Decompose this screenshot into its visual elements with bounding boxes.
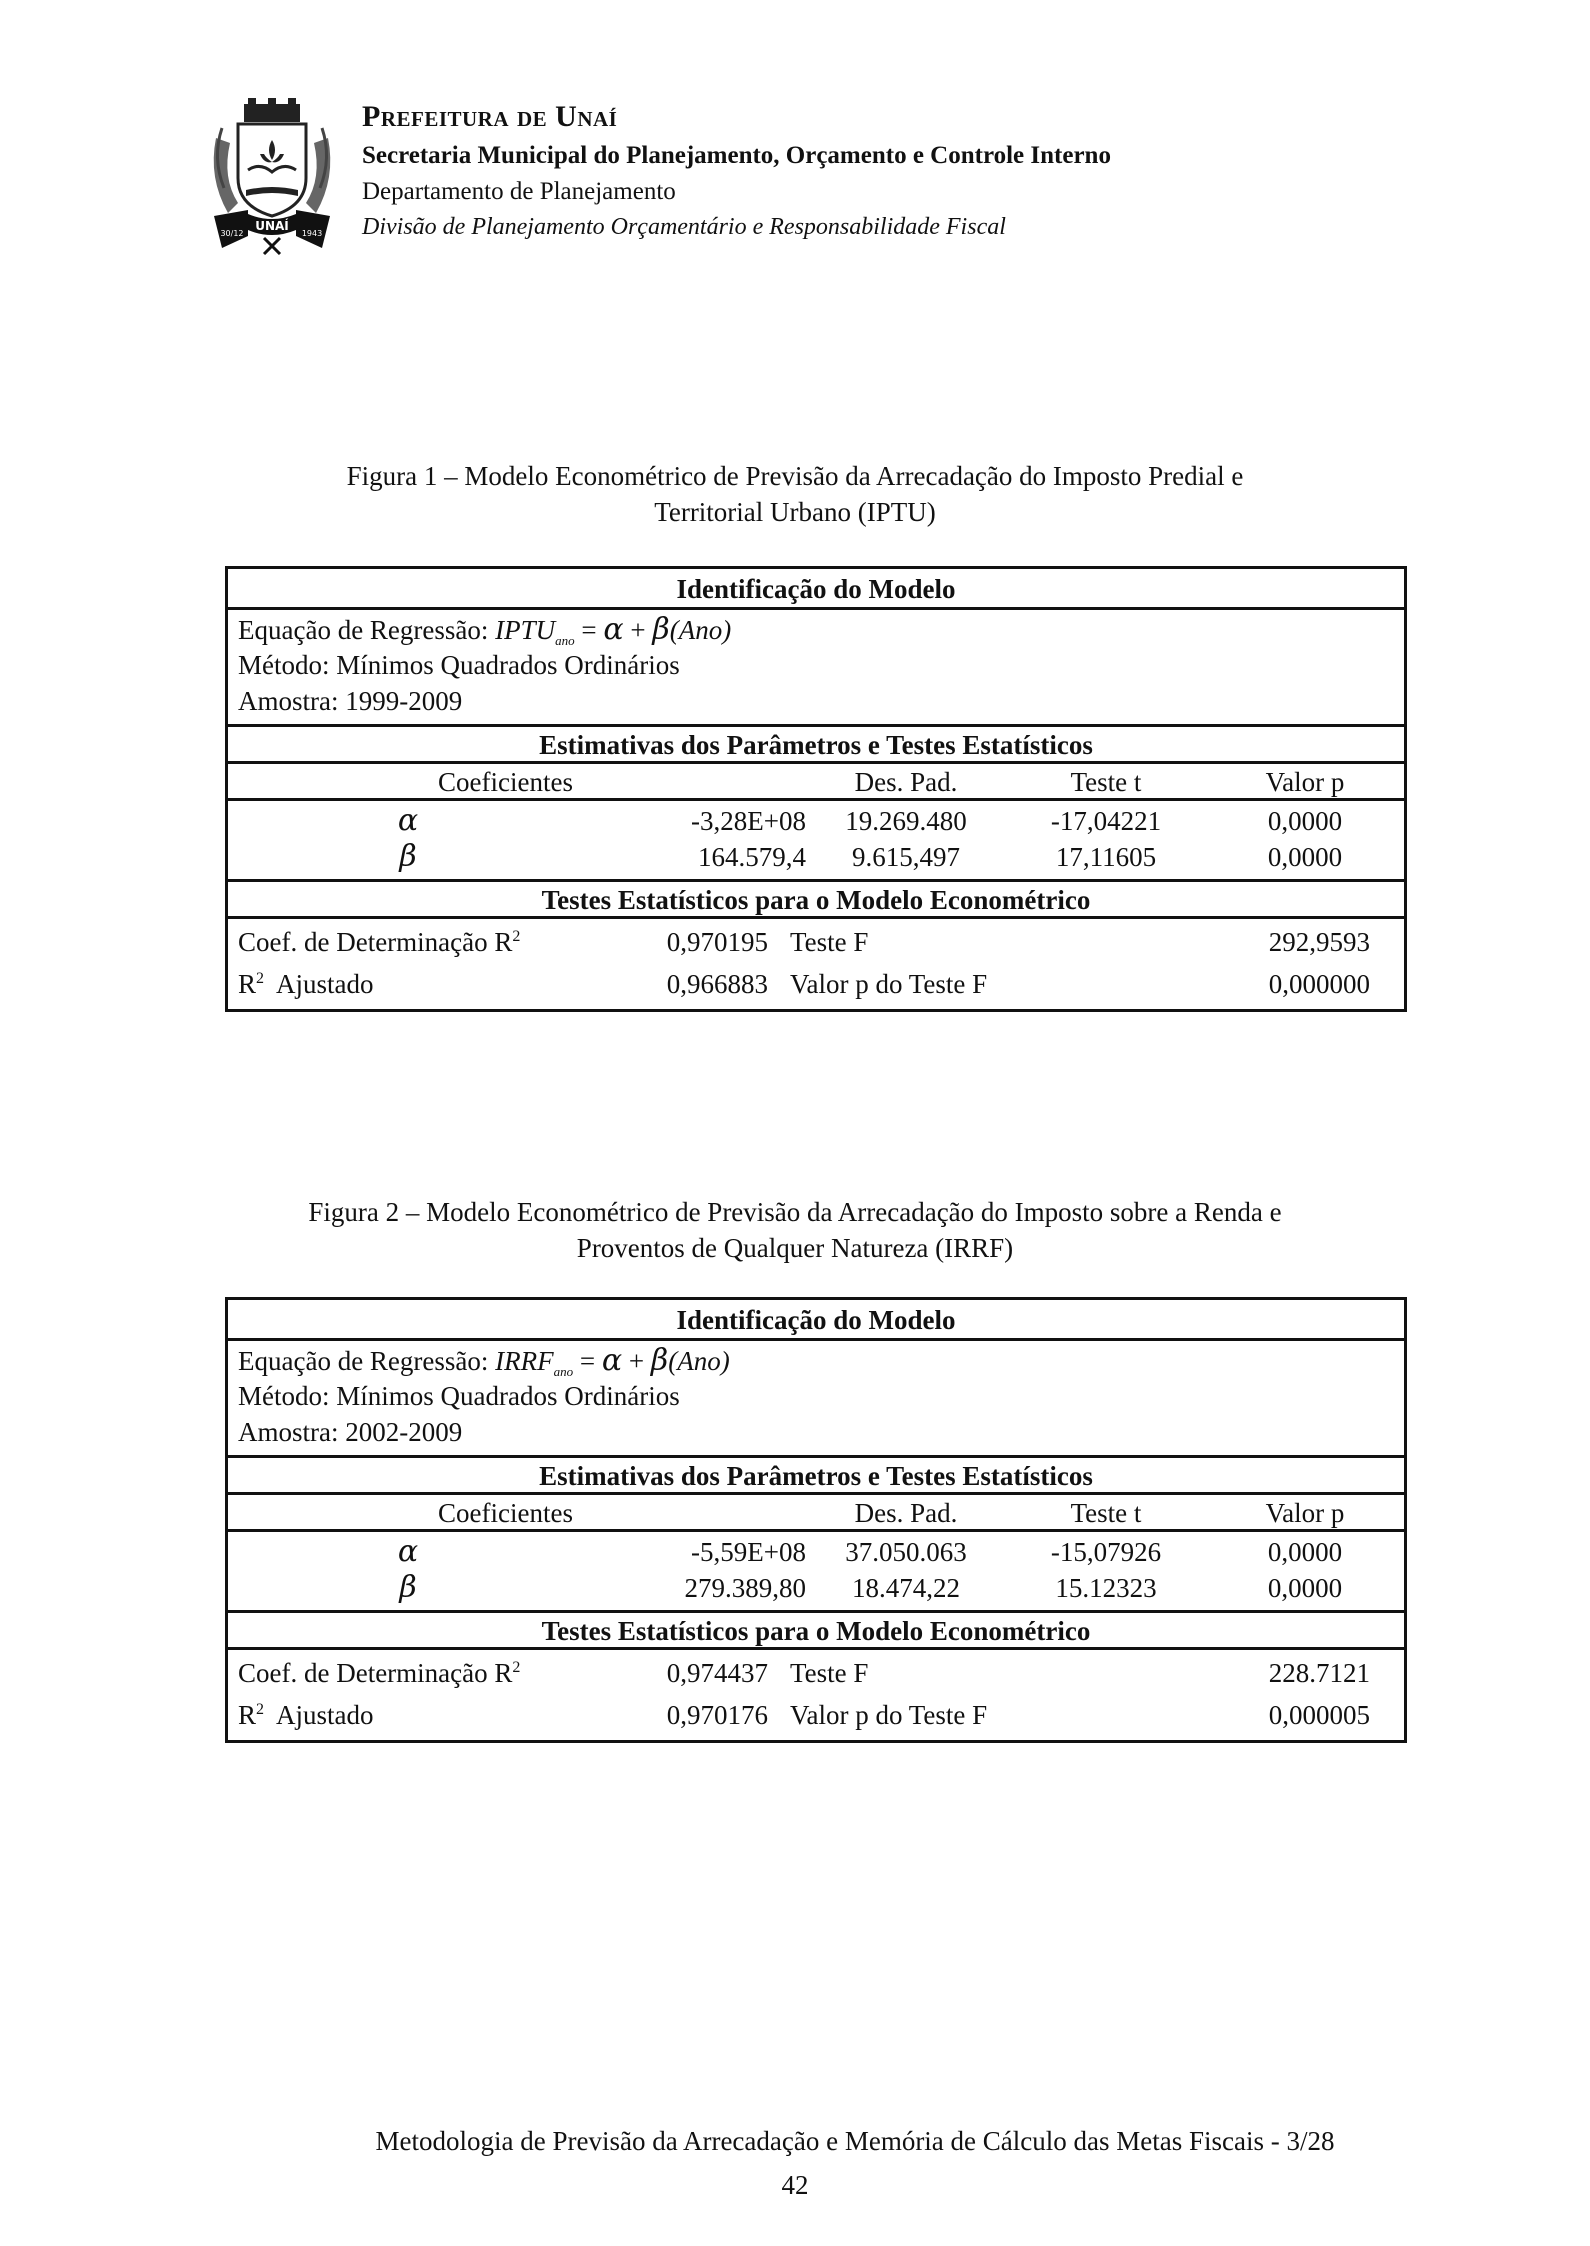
table-row: R2 Ajustado 0,970176 Valor p do Teste F … [228, 1694, 1404, 1736]
figure-2-caption-line-1: Figura 2 – Modelo Econométrico de Previs… [0, 1194, 1590, 1230]
table-row: R2 Ajustado 0,966883 Valor p do Teste F … [228, 963, 1404, 1005]
sample: Amostra: 2002-2009 [238, 1415, 1394, 1451]
alpha-symbol: α [228, 803, 588, 839]
svg-text:1943: 1943 [302, 229, 322, 238]
header-divisao: Divisão de Planejamento Orçamentário e R… [362, 214, 1006, 241]
page-number: 42 [0, 2170, 1590, 2201]
model-table-iptu: Identificação do Modelo Equação de Regre… [225, 566, 1407, 1012]
sample: Amostra: 1999-2009 [238, 684, 1394, 720]
svg-text:30/12: 30/12 [220, 229, 243, 238]
section-estimates: Estimativas dos Parâmetros e Testes Esta… [228, 727, 1404, 764]
col-teste-t: Teste t [1006, 1495, 1206, 1531]
figure-1-caption-line-2: Territorial Urbano (IPTU) [0, 494, 1590, 530]
footer-text: Metodologia de Previsão da Arrecadação e… [0, 2126, 1590, 2157]
table-row: Coef. de Determinação R2 0,970195 Teste … [228, 921, 1404, 963]
section-identification: Identificação do Modelo [228, 569, 1404, 610]
table-row: α -3,28E+08 19.269.480 -17,04221 0,0000 [228, 803, 1404, 839]
section-estimates: Estimativas dos Parâmetros e Testes Esta… [228, 1458, 1404, 1495]
method: Método: Mínimos Quadrados Ordinários [238, 1379, 1394, 1415]
figure-2-caption: Figura 2 – Modelo Econométrico de Previs… [0, 1194, 1590, 1266]
model-tests: Coef. de Determinação R2 0,974437 Teste … [228, 1650, 1404, 1740]
table-row: β 164.579,4 9.615,497 17,11605 0,0000 [228, 839, 1404, 875]
table-row: β 279.389,80 18.474,22 15.12323 0,0000 [228, 1570, 1404, 1606]
alpha-symbol: α [228, 1534, 588, 1570]
beta-symbol: β [228, 1570, 588, 1606]
model-tests: Coef. de Determinação R2 0,970195 Teste … [228, 919, 1404, 1009]
col-coeficientes: Coeficientes [228, 1495, 806, 1531]
col-des-pad: Des. Pad. [806, 764, 1006, 800]
col-des-pad: Des. Pad. [806, 1495, 1006, 1531]
figure-1-caption-line-1: Figura 1 – Modelo Econométrico de Previs… [0, 458, 1590, 494]
col-valor-p: Valor p [1206, 1495, 1404, 1531]
section-tests: Testes Estatísticos para o Modelo Econom… [228, 1613, 1404, 1650]
coefficients-body: α -5,59E+08 37.050.063 -15,07926 0,0000 … [228, 1532, 1404, 1613]
svg-text:UNAÍ: UNAÍ [255, 218, 289, 233]
col-valor-p: Valor p [1206, 764, 1404, 800]
method: Método: Mínimos Quadrados Ordinários [238, 648, 1394, 684]
coefficients-header: Coeficientes Des. Pad. Teste t Valor p [228, 1495, 1404, 1532]
figure-2-caption-line-2: Proventos de Qualquer Natureza (IRRF) [0, 1230, 1590, 1266]
regression-equation: Equação de Regressão: IRRFano = α + β(An… [238, 1343, 1394, 1379]
model-table-irrf: Identificação do Modelo Equação de Regre… [225, 1297, 1407, 1743]
model-identification: Equação de Regressão: IPTUano = α + β(An… [228, 610, 1404, 727]
col-teste-t: Teste t [1006, 764, 1206, 800]
coat-of-arms-icon: UNAÍ 30/12 1943 [208, 98, 336, 256]
beta-symbol: β [228, 839, 588, 875]
regression-equation: Equação de Regressão: IPTUano = α + β(An… [238, 612, 1394, 648]
header-departamento: Departamento de Planejamento [362, 178, 676, 206]
header-title: Prefeitura de Unaí [362, 100, 617, 134]
figure-1-caption: Figura 1 – Modelo Econométrico de Previs… [0, 458, 1590, 530]
section-tests: Testes Estatísticos para o Modelo Econom… [228, 882, 1404, 919]
table-row: α -5,59E+08 37.050.063 -15,07926 0,0000 [228, 1534, 1404, 1570]
col-coeficientes: Coeficientes [228, 764, 806, 800]
coefficients-header: Coeficientes Des. Pad. Teste t Valor p [228, 764, 1404, 801]
coefficients-body: α -3,28E+08 19.269.480 -17,04221 0,0000 … [228, 801, 1404, 882]
header-secretaria: Secretaria Municipal do Planejamento, Or… [362, 142, 1111, 170]
model-identification: Equação de Regressão: IRRFano = α + β(An… [228, 1341, 1404, 1458]
table-row: Coef. de Determinação R2 0,974437 Teste … [228, 1652, 1404, 1694]
section-identification: Identificação do Modelo [228, 1300, 1404, 1341]
